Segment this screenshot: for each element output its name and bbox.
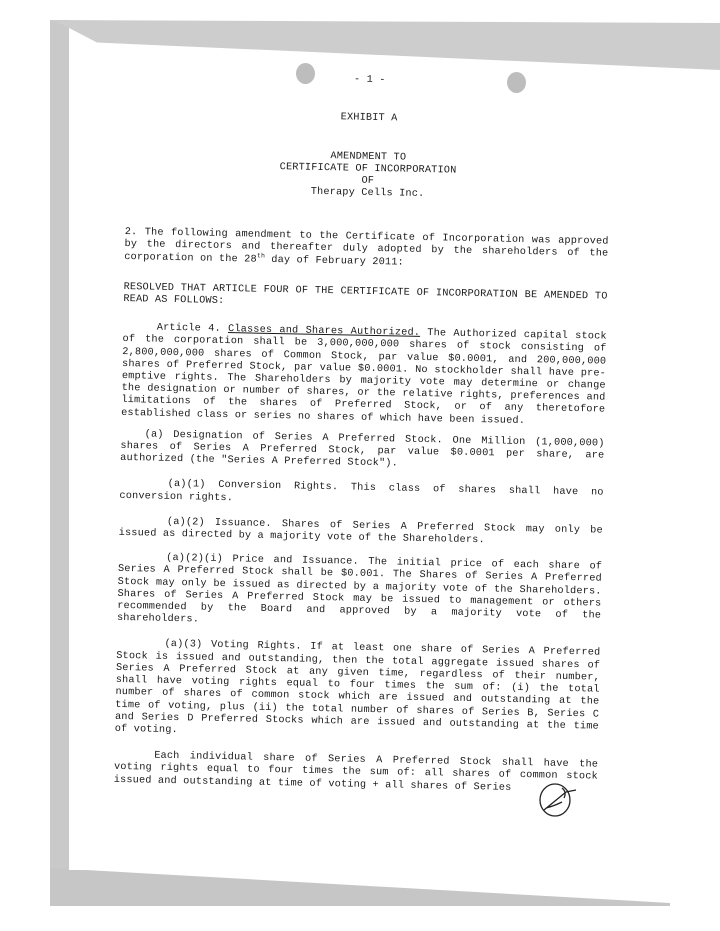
document-content: - 1 - EXHIBIT A AMENDMENT TO CERTIFICATE… bbox=[114, 70, 612, 796]
section-a-designation: (a) Designation of Series A Preferred St… bbox=[120, 429, 605, 475]
handwritten-initials-icon bbox=[536, 778, 580, 822]
scan-edge-left bbox=[50, 20, 69, 890]
resolution-paragraph: RESOLVED THAT ARTICLE FOUR OF THE CERTIF… bbox=[123, 282, 607, 316]
ordinal-suffix: th bbox=[257, 252, 265, 259]
article-text: The Authorized capital stock of the corp… bbox=[121, 328, 607, 427]
scan-edge-bottom bbox=[50, 868, 670, 906]
exhibit-label: EXHIBIT A bbox=[127, 108, 611, 130]
intro-paragraph: 2. The following amendment to the Certif… bbox=[124, 227, 609, 273]
article-label: Article 4. bbox=[157, 323, 228, 335]
article-4-paragraph: Article 4. Classes and Shares Authorized… bbox=[121, 322, 607, 429]
intro-text-end: day of February 2011: bbox=[265, 254, 404, 268]
section-a3-voting-rights: (a)(3) Voting Rights. If at least one sh… bbox=[115, 638, 601, 745]
section-a2i-price-issuance: (a)(2)(i) Price and Issuance. The initia… bbox=[117, 552, 602, 635]
section-a2-issuance: (a)(2) Issuance. Shares of Series A Pref… bbox=[119, 516, 603, 550]
scan-edge-top bbox=[50, 20, 720, 70]
section-a1-conversion-rights: (a)(1) Conversion Rights. This class of … bbox=[119, 478, 603, 512]
document-title: AMENDMENT TO CERTIFICATE OF INCORPORATIO… bbox=[125, 147, 610, 205]
